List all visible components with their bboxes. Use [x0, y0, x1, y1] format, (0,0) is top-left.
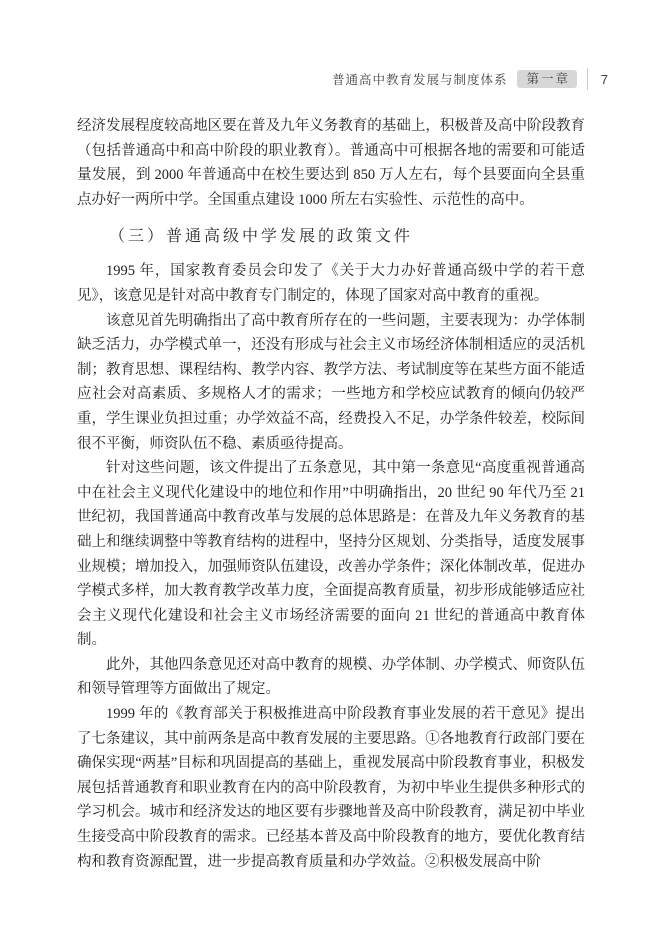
section-heading: （三）普通高级中学发展的政策文件: [77, 225, 585, 249]
running-title: 普通高中教育发展与制度体系: [332, 70, 508, 88]
paragraph-continuation: 经济发展程度较高地区要在普及九年义务教育的基础上，积极普及高中阶段教育（包括普通…: [77, 114, 585, 212]
paragraph: 此外，其他四条意见还对高中教育的规模、办学体制、办学模式、师资队伍和领导管理等方…: [77, 653, 585, 702]
page-content: 经济发展程度较高地区要在普及九年义务教育的基础上，积极普及高中阶段教育（包括普通…: [77, 114, 585, 874]
page-header: 普通高中教育发展与制度体系 第一章 7: [332, 68, 608, 90]
paragraph: 该意见首先明确指出了高中教育所存在的一些问题，主要表现为：办学体制缺乏活力，办学…: [77, 309, 585, 457]
paragraph: 针对这些问题，该文件提出了五条意见，其中第一条意见“高度重视普通高中在社会主义现…: [77, 456, 585, 653]
paragraph: 1999 年的《教育部关于积极推进高中阶段教育事业发展的若干意见》提出了七条建议…: [77, 702, 585, 874]
header-divider: [587, 68, 588, 90]
chapter-badge: 第一章: [517, 70, 577, 89]
paragraph: 1995 年，国家教育委员会印发了《关于大力办好普通高级中学的若干意见》，该意见…: [77, 259, 585, 308]
page-number: 7: [598, 72, 608, 87]
